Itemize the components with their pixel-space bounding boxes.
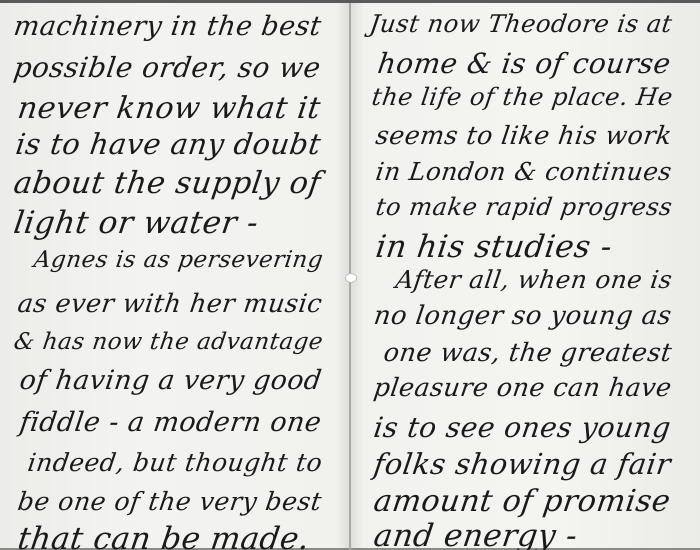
text-line: to make rapid progress (374, 193, 674, 221)
text-line: home & is of course (376, 47, 673, 80)
text-line: After all, when one is (394, 265, 674, 294)
letter-sheet: machinery in the best possible order, so… (0, 0, 700, 550)
text-line: never know what it (16, 91, 323, 126)
text-line: & has now the advantage (12, 329, 325, 355)
text-line: and energy - (371, 518, 579, 550)
text-line: seems to like his work (374, 121, 674, 150)
text-line: amount of promise (372, 484, 673, 519)
text-line: Just now Theodore is at (368, 9, 674, 38)
text-line: Agnes is as persevering (32, 247, 325, 273)
text-line: pleasure one can have (372, 373, 674, 402)
text-line: in his studies - (373, 229, 614, 265)
text-line: indeed, but thought to (26, 448, 324, 477)
text-line: in London & continues (374, 157, 674, 186)
text-line: about the supply of (12, 166, 323, 201)
text-line: light or water - (11, 205, 260, 241)
text-line: no longer so young as (372, 301, 674, 331)
text-line: be one of the very best (16, 487, 324, 516)
text-line: fiddle - a modern one (18, 407, 324, 438)
text-line: one was, the greatest (382, 337, 674, 367)
text-line: that can be made. (15, 521, 311, 550)
text-line: is to see ones young (372, 411, 673, 444)
text-line: the life of the place. He (370, 83, 675, 111)
left-page: machinery in the best possible order, so… (0, 3, 350, 550)
text-line: of having a very good (18, 365, 324, 396)
text-line: is to have any doubt (14, 127, 324, 161)
text-line: machinery in the best (12, 11, 324, 42)
text-line: folks showing a fair (372, 447, 674, 481)
text-line: as ever with her music (16, 288, 324, 318)
right-page: Just now Theodore is at home & is of cou… (350, 3, 700, 550)
text-line: possible order, so we (12, 51, 323, 84)
